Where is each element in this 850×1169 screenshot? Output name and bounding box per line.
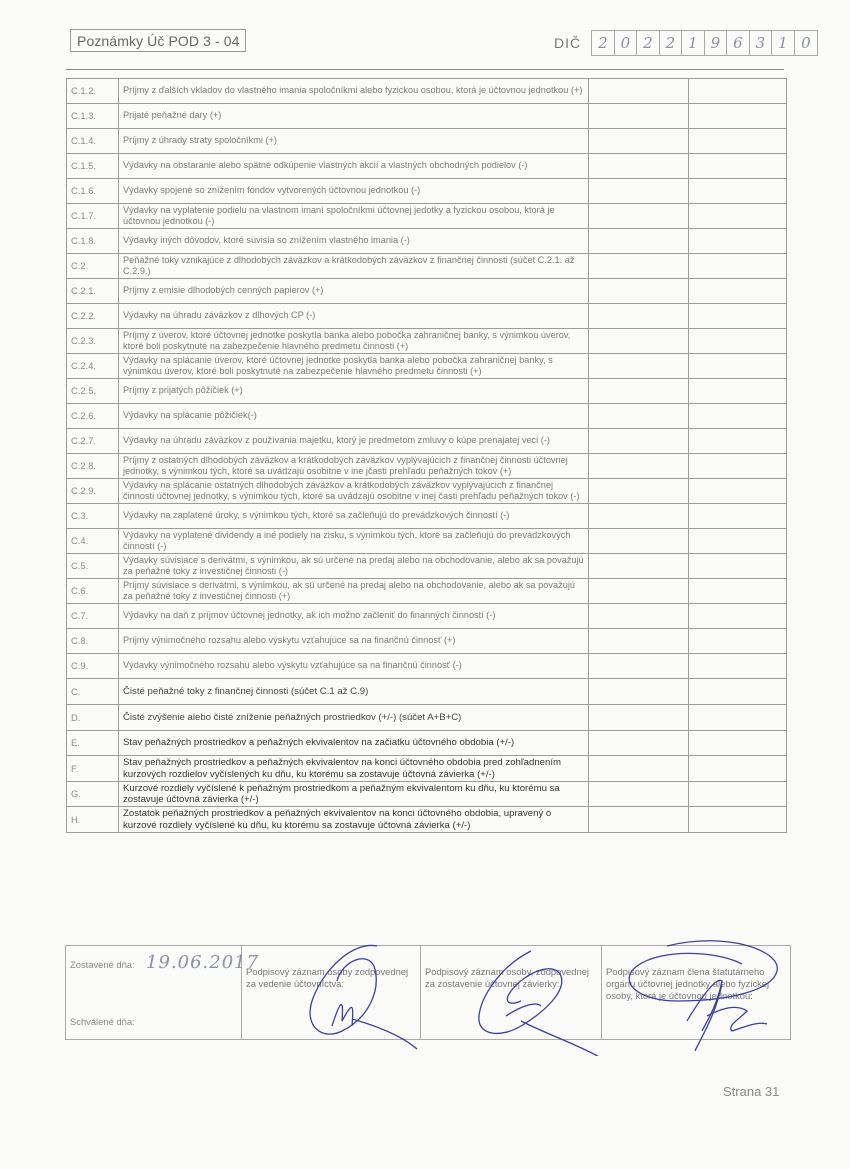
row-description: Výdavky na vyplatenie podielu na vlastno… (119, 204, 589, 229)
value-previous-period[interactable] (689, 807, 787, 833)
table-row: C.2.9.Výdavky na splácanie ostatných dlh… (67, 479, 787, 504)
header-divider (66, 69, 784, 70)
value-current-period[interactable] (589, 129, 689, 154)
row-code: C.2.4. (67, 354, 119, 379)
value-current-period[interactable] (589, 504, 689, 529)
tax-id-digit: 9 (705, 31, 728, 55)
row-description: Príjmy z úhrady straty spoločníkmi (+) (119, 129, 589, 154)
value-previous-period[interactable] (689, 782, 787, 807)
form-title: Poznámky Úč POD 3 - 04 (70, 29, 246, 52)
table-row: C.1.5.Výdavky na obstaranie alebo spätné… (67, 154, 787, 179)
value-previous-period[interactable] (689, 179, 787, 204)
table-row: C.6.Príjmy súvisiace s derivátmi, s výni… (67, 579, 787, 604)
tax-id-label: DIČ (554, 35, 581, 51)
row-description: Čisté peňažné toky z finančnej činnosti … (119, 679, 589, 705)
row-description: Výdavky spojené so znížením fondov vytvo… (119, 179, 589, 204)
row-code: C.7. (67, 604, 119, 629)
value-current-period[interactable] (589, 654, 689, 679)
row-description: Výdavky na daň z príjmov účtovnej jednot… (119, 604, 589, 629)
row-code: F. (67, 756, 119, 782)
row-code: D. (67, 705, 119, 731)
tax-id-digits: 2 0 2 2 1 9 6 3 1 0 (591, 30, 818, 56)
table-row: C.8.Príjmy výnimočného rozsahu alebo výs… (67, 629, 787, 654)
row-code: C.2.6. (67, 404, 119, 429)
row-code: C.4. (67, 529, 119, 554)
value-current-period[interactable] (589, 579, 689, 604)
value-current-period[interactable] (589, 254, 689, 279)
row-code: C.9. (67, 654, 119, 679)
table-row: C.2.6.Výdavky na splácanie pôžičiek(-) (67, 404, 787, 429)
value-current-period[interactable] (589, 807, 689, 833)
value-previous-period[interactable] (689, 654, 787, 679)
tax-id-digit: 0 (795, 31, 818, 55)
page-number: Strana 31 (723, 1084, 779, 1099)
row-code: C.2.8. (67, 454, 119, 479)
value-current-period[interactable] (589, 782, 689, 807)
tax-id-digit: 2 (592, 31, 615, 55)
value-previous-period[interactable] (689, 379, 787, 404)
table-row: C.2.5.Príjmy z prijatých pôžičiek (+) (67, 379, 787, 404)
value-previous-period[interactable] (689, 479, 787, 504)
row-description: Čisté zvýšenie alebo čisté zníženie peňa… (119, 705, 589, 731)
table-row: C.1.4.Príjmy z úhrady straty spoločníkmi… (67, 129, 787, 154)
table-row: H.Zostatok peňažných prostriedkov a peňa… (67, 807, 787, 833)
value-previous-period[interactable] (689, 579, 787, 604)
table-row: F.Stav peňažných prostriedkov a peňažnýc… (67, 756, 787, 782)
row-description: Stav peňažných prostriedkov a peňažných … (119, 756, 589, 782)
statutory-signature-cell: Podpisový záznam člena štatutárneho orgá… (602, 946, 791, 1040)
table-row: C.Čisté peňažné toky z finančnej činnost… (67, 679, 787, 705)
value-previous-period[interactable] (689, 731, 787, 756)
row-description: Výdavky na obstaranie alebo spätné odkúp… (119, 154, 589, 179)
table-row: G.Kurzové rozdiely vyčíslené k peňažným … (67, 782, 787, 807)
row-code: C.2.3. (67, 329, 119, 354)
value-current-period[interactable] (589, 154, 689, 179)
value-current-period[interactable] (589, 304, 689, 329)
row-description: Prijaté peňažné dary (+) (119, 104, 589, 129)
value-previous-period[interactable] (689, 629, 787, 654)
accounting-signature-label: Podpisový záznam osoby zodpovednej za ve… (242, 946, 420, 990)
tax-id-digit: 6 (727, 31, 750, 55)
row-code: C.2.5. (67, 379, 119, 404)
value-current-period[interactable] (589, 756, 689, 782)
row-code: C.1.3. (67, 104, 119, 129)
value-current-period[interactable] (589, 329, 689, 354)
row-description: Výdavky na splácanie ostatných dlhodobýc… (119, 479, 589, 504)
row-description: Výdavky výnimočného rozsahu alebo výskyt… (119, 654, 589, 679)
dates-cell: Zostavené dňa: 19.06.2017 Schválené dňa: (66, 946, 242, 1040)
value-previous-period[interactable] (689, 104, 787, 129)
row-code: C.2.2. (67, 304, 119, 329)
value-previous-period[interactable] (689, 404, 787, 429)
value-previous-period[interactable] (689, 329, 787, 354)
table-row: C.9.Výdavky výnimočného rozsahu alebo vý… (67, 654, 787, 679)
value-current-period[interactable] (589, 529, 689, 554)
value-previous-period[interactable] (689, 529, 787, 554)
row-description: Výdavky iných dôvodov, ktoré súvisia so … (119, 229, 589, 254)
row-description: Zostatok peňažných prostriedkov a peňažn… (119, 807, 589, 833)
table-row: C.1.3.Prijaté peňažné dary (+) (67, 104, 787, 129)
value-previous-period[interactable] (689, 204, 787, 229)
value-previous-period[interactable] (689, 679, 787, 705)
value-current-period[interactable] (589, 379, 689, 404)
row-code: C.1.5. (67, 154, 119, 179)
tax-id-digit: 0 (615, 31, 638, 55)
table-row: D.Čisté zvýšenie alebo čisté zníženie pe… (67, 705, 787, 731)
value-previous-period[interactable] (689, 604, 787, 629)
value-previous-period[interactable] (689, 554, 787, 579)
row-description: Príjmy z ostatných dlhodobých záväzkov a… (119, 454, 589, 479)
tax-id-digit: 2 (660, 31, 683, 55)
value-current-period[interactable] (589, 179, 689, 204)
row-code: C.1.8. (67, 229, 119, 254)
table-row: C.7.Výdavky na daň z príjmov účtovnej je… (67, 604, 787, 629)
value-current-period[interactable] (589, 104, 689, 129)
value-previous-period[interactable] (689, 154, 787, 179)
row-code: C.1.6. (67, 179, 119, 204)
table-row: C.5.Výdavky súvisiace s derivátmi, s výn… (67, 554, 787, 579)
value-previous-period[interactable] (689, 354, 787, 379)
value-current-period[interactable] (589, 354, 689, 379)
value-current-period[interactable] (589, 404, 689, 429)
row-description: Výdavky na úhradu záväzkov z používania … (119, 429, 589, 454)
value-current-period[interactable] (589, 604, 689, 629)
statement-signature-cell: Podpisový záznam osoby, zodpovednej za z… (421, 946, 602, 1040)
row-description: Výdavky súvisiace s derivátmi, s výnimko… (119, 554, 589, 579)
tax-id-digit: 1 (772, 31, 795, 55)
row-code: C.5. (67, 554, 119, 579)
row-code: C.6. (67, 579, 119, 604)
row-description: Výdavky na úhradu záväzkov z dlhových CP… (119, 304, 589, 329)
accounting-signature-cell: Podpisový záznam osoby zodpovednej za ve… (242, 946, 421, 1040)
signature-table: Zostavené dňa: 19.06.2017 Schválené dňa:… (65, 945, 791, 1040)
value-current-period[interactable] (589, 229, 689, 254)
table-row: C.2.2.Výdavky na úhradu záväzkov z dlhov… (67, 304, 787, 329)
value-previous-period[interactable] (689, 504, 787, 529)
row-description: Príjmy súvisiace s derivátmi, s výnimkou… (119, 579, 589, 604)
value-current-period[interactable] (589, 479, 689, 504)
row-code: C.2.9. (67, 479, 119, 504)
tax-id-field: DIČ 2 0 2 2 1 9 6 3 1 0 (554, 31, 818, 55)
row-code: H. (67, 807, 119, 833)
value-previous-period[interactable] (689, 454, 787, 479)
value-current-period[interactable] (589, 629, 689, 654)
row-description: Výdavky na splácanie úverov, ktoré účtov… (119, 354, 589, 379)
value-current-period[interactable] (589, 731, 689, 756)
table-row: C.1.8.Výdavky iných dôvodov, ktoré súvis… (67, 229, 787, 254)
value-previous-period[interactable] (689, 756, 787, 782)
table-row: C.3.Výdavky na zaplatené úroky, s výnimk… (67, 504, 787, 529)
table-row: E.Stav peňažných prostriedkov a peňažnýc… (67, 731, 787, 756)
row-code: C.3. (67, 504, 119, 529)
statement-signature-label: Podpisový záznam osoby, zodpovednej za z… (421, 946, 601, 990)
row-description: Príjmy z prijatých pôžičiek (+) (119, 379, 589, 404)
row-code: C.2.7. (67, 429, 119, 454)
table-row: C.2.1.Príjmy z emisie dlhodobých cenných… (67, 279, 787, 304)
table-row: C.1.2.Príjmy z ďalších vkladov do vlastn… (67, 79, 787, 104)
row-description: Výdavky na zaplatené úroky, s výnimkou t… (119, 504, 589, 529)
row-description: Stav peňažných prostriedkov a peňažných … (119, 731, 589, 756)
value-current-period[interactable] (589, 679, 689, 705)
table-row: C.4.Výdavky na vyplatené dividendy a iné… (67, 529, 787, 554)
statutory-signature-label: Podpisový záznam člena štatutárneho orgá… (602, 946, 790, 1002)
approved-label: Schválené dňa: (70, 1016, 135, 1027)
row-code: C.2. (67, 254, 119, 279)
table-row: C.1.7.Výdavky na vyplatenie podielu na v… (67, 204, 787, 229)
value-previous-period[interactable] (689, 429, 787, 454)
row-description: Príjmy z emisie dlhodobých cenných papie… (119, 279, 589, 304)
value-previous-period[interactable] (689, 254, 787, 279)
value-current-period[interactable] (589, 554, 689, 579)
value-current-period[interactable] (589, 705, 689, 731)
value-current-period[interactable] (589, 454, 689, 479)
table-row: C.2.3.Príjmy z úverov, ktoré účtovnej je… (67, 329, 787, 354)
compiled-label: Zostavené dňa: (70, 959, 135, 970)
value-current-period[interactable] (589, 279, 689, 304)
value-current-period[interactable] (589, 79, 689, 104)
row-code: C.1.4. (67, 129, 119, 154)
row-description: Príjmy z ďalších vkladov do vlastného im… (119, 79, 589, 104)
row-description: Príjmy z úverov, ktoré účtovnej jednotke… (119, 329, 589, 354)
table-row: C.2.Peňažné toky vznikajúce z dlhodobých… (67, 254, 787, 279)
value-previous-period[interactable] (689, 705, 787, 731)
cash-flow-table: C.1.2.Príjmy z ďalších vkladov do vlastn… (66, 78, 787, 833)
row-description: Peňažné toky vznikajúce z dlhodobých záv… (119, 254, 589, 279)
value-previous-period[interactable] (689, 304, 787, 329)
row-code: C.2.1. (67, 279, 119, 304)
row-description: Príjmy výnimočného rozsahu alebo výskytu… (119, 629, 589, 654)
row-code: C.8. (67, 629, 119, 654)
row-code: G. (67, 782, 119, 807)
value-current-period[interactable] (589, 204, 689, 229)
tax-id-digit: 1 (682, 31, 705, 55)
table-row: C.2.7.Výdavky na úhradu záväzkov z použí… (67, 429, 787, 454)
tax-id-digit: 2 (637, 31, 660, 55)
value-previous-period[interactable] (689, 229, 787, 254)
table-row: C.1.6.Výdavky spojené so znížením fondov… (67, 179, 787, 204)
value-previous-period[interactable] (689, 129, 787, 154)
row-description: Výdavky na splácanie pôžičiek(-) (119, 404, 589, 429)
row-description: Výdavky na vyplatené dividendy a iné pod… (119, 529, 589, 554)
value-current-period[interactable] (589, 429, 689, 454)
row-code: E. (67, 731, 119, 756)
row-code: C. (67, 679, 119, 705)
row-code: C.1.2. (67, 79, 119, 104)
row-code: C.1.7. (67, 204, 119, 229)
tax-id-digit: 3 (750, 31, 773, 55)
value-previous-period[interactable] (689, 279, 787, 304)
table-row: C.2.8.Príjmy z ostatných dlhodobých závä… (67, 454, 787, 479)
row-description: Kurzové rozdiely vyčíslené k peňažným pr… (119, 782, 589, 807)
value-previous-period[interactable] (689, 79, 787, 104)
table-row: C.2.4.Výdavky na splácanie úverov, ktoré… (67, 354, 787, 379)
